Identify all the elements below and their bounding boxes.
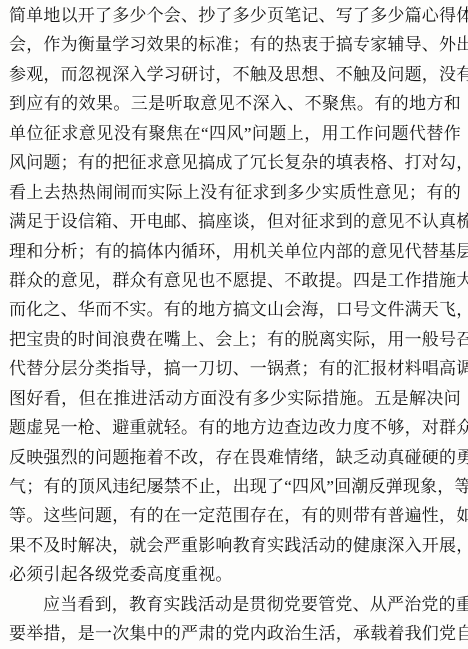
text-line: 会，作为衡量学习效果的标准；有的热衷于搞专家辅导、外出 [9,30,461,59]
text-line: 单位征求意见没有聚焦在“四风”问题上，用工作问题代替作 [9,119,461,148]
text-line: 反映强烈的问题拖着不改，存在畏难情绪，缺乏动真碰硬的勇 [9,443,461,472]
text-line: 风问题；有的把征求意见搞成了冗长复杂的填表格、打对勾， [9,148,461,177]
scanned-document-page: 简单地以开了多少个会、抄了多少页笔记、写了多少篇心得体 会，作为衡量学习效果的标… [0,0,468,649]
text-line: 果不及时解决，就会严重影响教育实践活动的健康深入开展， [9,531,461,560]
text-line: 理和分析；有的搞体内循环，用机关单位内部的意见代替基层 [9,237,461,266]
text-line: 参观，而忽视深入学习研讨，不触及思想、不触及问题，没有收 [9,60,461,89]
text-line-paragraph-start: 应当看到，教育实践活动是贯彻党要管党、从严治党的重 [9,590,461,619]
text-line: 到应有的效果。三是听取意见不深入、不聚焦。有的地方和 [9,89,461,118]
text-line: 看上去热热闹闹而实际上没有征求到多少实质性意见；有的 [9,178,461,207]
text-line: 要举措，是一次集中的严肃的党内政治生活，承载着我们党自 [9,619,461,648]
text-line: 题虚晃一枪、避重就轻。有的地方边查边改力度不够，对群众 [9,413,461,442]
text-line: 图好看，但在推进活动方面没有多少实际措施。五是解决问 [9,384,461,413]
text-line: 而化之、华而不实。有的地方搞文山会海，口号文件满天飞， [9,295,461,324]
text-line: 满足于设信箱、开电邮、搞座谈，但对征求到的意见不认真梳 [9,207,461,236]
text-line: 简单地以开了多少个会、抄了多少页笔记、写了多少篇心得体 [9,1,461,30]
text-line: 代替分层分类指导，搞一刀切、一锅煮；有的汇报材料唱高调、 [9,354,461,383]
text-line: 等。这些问题，有的在一定范围存在，有的则带有普遍性，如 [9,501,461,530]
text-line: 把宝贵的时间浪费在嘴上、会上；有的脱离实际，用一般号召 [9,325,461,354]
text-line: 群众的意见，群众有意见也不愿提、不敢提。四是工作措施大 [9,266,461,295]
text-line: 气；有的顶风违纪屡禁不止，出现了“四风”回潮反弹现象，等 [9,472,461,501]
text-line-paragraph-end: 必须引起各级党委高度重视。 [9,560,461,589]
